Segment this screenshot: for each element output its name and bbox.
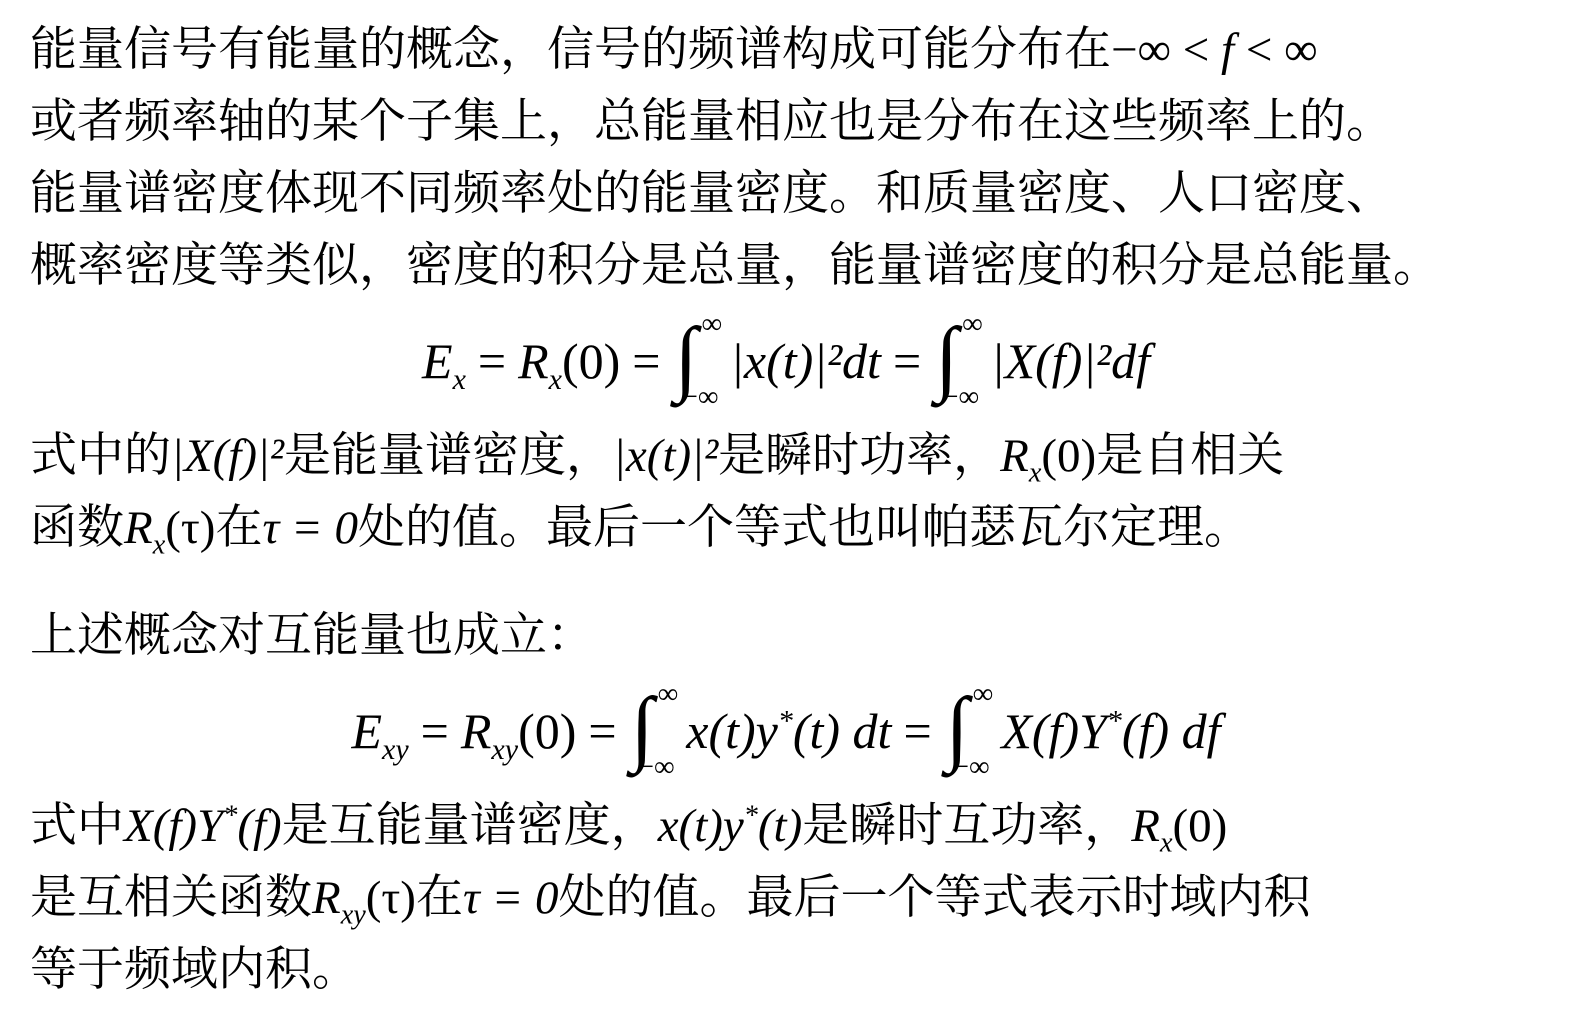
integral-upper-limit: ∞ bbox=[702, 308, 723, 341]
math-var: R bbox=[461, 703, 492, 759]
math-arg: (0) bbox=[1172, 800, 1227, 852]
integral-sign-icon: ∫ bbox=[946, 682, 969, 774]
inline-math: Rxy(τ) bbox=[312, 872, 416, 924]
text-run: 在 bbox=[416, 872, 463, 924]
math-superscript: * bbox=[744, 800, 758, 831]
text-line: 能量谱密度体现不同频率处的能量密度。和质量密度、人口密度、 bbox=[30, 158, 1542, 230]
text-run: 式中的 bbox=[30, 430, 171, 482]
inline-math: Rx(τ) bbox=[124, 502, 215, 554]
math-var: R bbox=[1131, 800, 1160, 852]
equals-sign: = bbox=[903, 702, 931, 760]
math-arg: (τ) bbox=[366, 872, 416, 924]
integrand-time: x(t)y*(t) dt bbox=[686, 702, 891, 760]
inline-math: |x(t)|² bbox=[613, 430, 718, 482]
text-run: 是自相关 bbox=[1096, 430, 1284, 482]
math-var: E bbox=[351, 703, 382, 759]
math-subscript: x bbox=[1160, 827, 1173, 858]
integral-sign-icon: ∫ bbox=[674, 312, 697, 404]
text-line: 能量信号有能量的概念，信号的频谱构成可能分布在−∞ < f < ∞ bbox=[30, 14, 1542, 86]
math-arg: (0) bbox=[518, 703, 576, 759]
math-term-Rxy0: Rxy(0) bbox=[461, 702, 577, 760]
math-var: x(t)y bbox=[658, 800, 744, 852]
text-line: 概率密度等类似，密度的积分是总量，能量谱密度的积分是总能量。 bbox=[30, 230, 1542, 302]
equals-sign: = bbox=[893, 332, 921, 390]
text-line: 式中的|X(f)|²是能量谱密度，|x(t)|²是瞬时功率，Rx(0)是自相关 bbox=[30, 420, 1542, 492]
text-run: 处的值。最后一个等式也叫帕瑟瓦尔定理。 bbox=[358, 502, 1251, 554]
math-term-Ex: Ex bbox=[422, 332, 466, 390]
integral: ∫ ∞−∞ bbox=[935, 308, 983, 414]
text-run: 是瞬时互功率， bbox=[802, 800, 1131, 852]
math-arg: (f) df bbox=[1122, 703, 1221, 759]
math-var: R bbox=[124, 502, 153, 554]
formula-energy-parseval: Ex = Rx(0) = ∫ ∞−∞ |x(t)|²dt = ∫ ∞−∞ |X(… bbox=[30, 302, 1542, 420]
inline-math: Rx(0) bbox=[1000, 430, 1096, 482]
text-run: 函数 bbox=[30, 502, 124, 554]
integral: ∫ ∞−∞ bbox=[946, 678, 994, 784]
text-run: 是瞬时功率， bbox=[718, 430, 1000, 482]
equals-sign: = bbox=[632, 332, 660, 390]
text-line: 上述概念对互能量也成立： bbox=[30, 600, 1542, 672]
math-var: X(f)Y bbox=[1001, 703, 1107, 759]
equals-sign: = bbox=[421, 702, 449, 760]
math-term-Exy: Exy bbox=[351, 702, 408, 760]
integral: ∫ ∞−∞ bbox=[631, 678, 679, 784]
text-run: 是互相关函数 bbox=[30, 872, 312, 924]
text-run: 在 bbox=[215, 502, 262, 554]
math-var: X(f)Y bbox=[124, 800, 223, 852]
math-arg: (0) bbox=[1041, 430, 1096, 482]
math-subscript: x bbox=[1029, 457, 1042, 488]
inline-math: x(t)y*(t) bbox=[658, 800, 803, 852]
inline-math: X(f)Y*(f) bbox=[124, 800, 282, 852]
inline-math: τ = 0 bbox=[262, 502, 358, 554]
math-subscript: x bbox=[549, 363, 562, 396]
math-var: R bbox=[518, 333, 549, 389]
math-var: x(t)y bbox=[686, 703, 778, 759]
text-run: 是互能量谱密度， bbox=[282, 800, 658, 852]
text-line: 函数Rx(τ)在τ = 0处的值。最后一个等式也叫帕瑟瓦尔定理。 bbox=[30, 492, 1542, 564]
math-arg: (t) bbox=[758, 800, 802, 852]
integral-sign-icon: ∫ bbox=[935, 312, 958, 404]
math-arg: (0) bbox=[562, 333, 620, 389]
math-arg: (f) bbox=[237, 800, 281, 852]
integral-sign-icon: ∫ bbox=[631, 682, 654, 774]
integrand-frequency: |X(f)|²df bbox=[991, 332, 1150, 390]
integral-limits: ∞−∞ bbox=[969, 678, 994, 784]
math-subscript: xy bbox=[382, 733, 409, 766]
math-term-Rx0: Rx(0) bbox=[518, 332, 620, 390]
math-var: E bbox=[422, 333, 453, 389]
text-run: 是能量谱密度， bbox=[284, 430, 613, 482]
document-page: 能量信号有能量的概念，信号的频谱构成可能分布在−∞ < f < ∞ 或者频率轴的… bbox=[0, 0, 1570, 1006]
text-line: 或者频率轴的某个子集上，总能量相应也是分布在这些频率上的。 bbox=[30, 86, 1542, 158]
math-var-f: f bbox=[1221, 24, 1234, 76]
math-superscript: * bbox=[778, 704, 793, 737]
text-line: 等于频域内积。 bbox=[30, 934, 1542, 1006]
math-subscript: x bbox=[153, 529, 166, 560]
integral-limits: ∞−∞ bbox=[654, 678, 679, 784]
text-line: 是互相关函数Rxy(τ)在τ = 0处的值。最后一个等式表示时域内积 bbox=[30, 862, 1542, 934]
integral-limits: ∞−∞ bbox=[958, 308, 983, 414]
inline-math: τ = 0 bbox=[463, 872, 559, 924]
inline-math: Rx(0) bbox=[1131, 800, 1227, 852]
text-line: 式中X(f)Y*(f)是互能量谱密度，x(t)y*(t)是瞬时互功率，Rx(0) bbox=[30, 790, 1542, 862]
text-run: 式中 bbox=[30, 800, 124, 852]
integral-upper-limit: ∞ bbox=[962, 308, 983, 341]
math-subscript: xy bbox=[341, 899, 366, 930]
math-var: R bbox=[1000, 430, 1029, 482]
text-run: 能量信号有能量的概念，信号的频谱构成可能分布在 bbox=[30, 24, 1111, 76]
integrand-time: |x(t)|²dt bbox=[730, 332, 881, 390]
text-run: 处的值。最后一个等式表示时域内积 bbox=[559, 872, 1311, 924]
math-var: R bbox=[312, 872, 341, 924]
integral: ∫ ∞−∞ bbox=[674, 308, 722, 414]
math-subscript: xy bbox=[491, 733, 518, 766]
inline-math: < ∞ bbox=[1234, 24, 1318, 76]
inline-math: −∞ < bbox=[1111, 24, 1221, 76]
math-arg: (t) dt bbox=[793, 703, 892, 759]
integrand-frequency: X(f)Y*(f) df bbox=[1001, 702, 1220, 760]
math-arg: (τ) bbox=[165, 502, 215, 554]
integral-upper-limit: ∞ bbox=[658, 678, 679, 711]
inline-math: |X(f)|² bbox=[171, 430, 284, 482]
equals-sign: = bbox=[478, 332, 506, 390]
integral-limits: ∞−∞ bbox=[698, 308, 723, 414]
formula-cross-energy: Exy = Rxy(0) = ∫ ∞−∞ x(t)y*(t) dt = ∫ ∞−… bbox=[30, 672, 1542, 790]
equals-sign: = bbox=[588, 702, 616, 760]
math-subscript: x bbox=[453, 363, 466, 396]
integral-upper-limit: ∞ bbox=[973, 678, 994, 711]
math-superscript: * bbox=[223, 800, 237, 831]
math-superscript: * bbox=[1107, 704, 1122, 737]
